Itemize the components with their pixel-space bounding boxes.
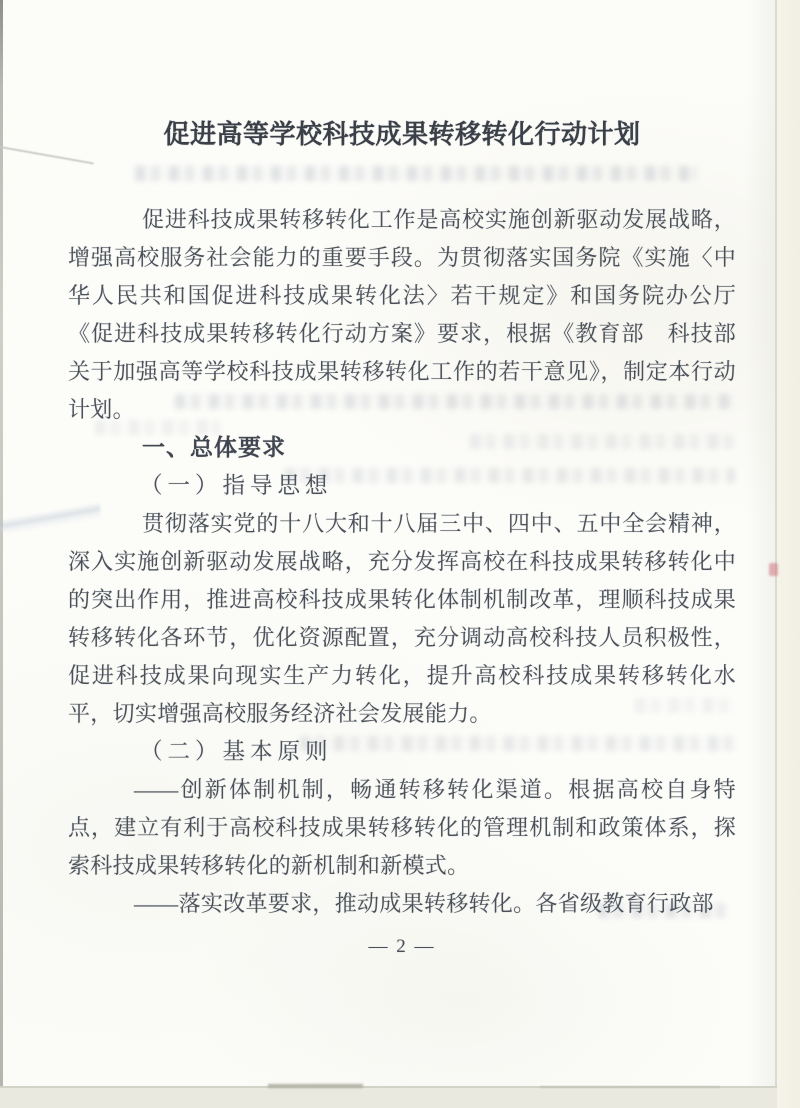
paragraph-principle-innovate-mechanism: ——创新体制机制，畅通转移转化渠道。根据高校自身特点，建立有利于高校科技成果转移… (68, 771, 736, 885)
document-body: 促进高等学校科技成果转移转化行动计划 促进科技成果转移转化工作是高校实施创新驱动… (68, 112, 736, 923)
section-heading-overall-requirements: 一、总体要求 (68, 429, 736, 467)
paragraph-intro: 促进科技成果转移转化工作是高校实施创新驱动发展战略，增强高校服务社会能力的重要手… (68, 201, 736, 429)
scan-bottom-band (0, 1086, 777, 1108)
paragraph-guiding-ideology: 贯彻落实党的十八大和十八届三中、四中、五中全会精神，深入实施创新驱动发展战略，充… (68, 505, 736, 733)
page-right-edge-shadow (745, 0, 775, 1087)
scan-smear-mark (540, 1086, 720, 1088)
page-number: — 2 — (68, 936, 736, 958)
subsection-heading-guiding-ideology: （一）指导思想 (68, 467, 736, 505)
red-ink-mark (769, 563, 778, 576)
scan-smear-mark (268, 1084, 363, 1088)
scanner-background-strip (777, 0, 800, 1108)
scan-left-edge (0, 0, 3, 1087)
document-title: 促进高等学校科技成果转移转化行动计划 (68, 112, 736, 155)
subsection-heading-basic-principles: （二）基本原则 (68, 733, 736, 771)
paragraph-principle-implement-reform: ——落实改革要求，推动成果转移转化。各省级教育行政部 (68, 885, 736, 923)
